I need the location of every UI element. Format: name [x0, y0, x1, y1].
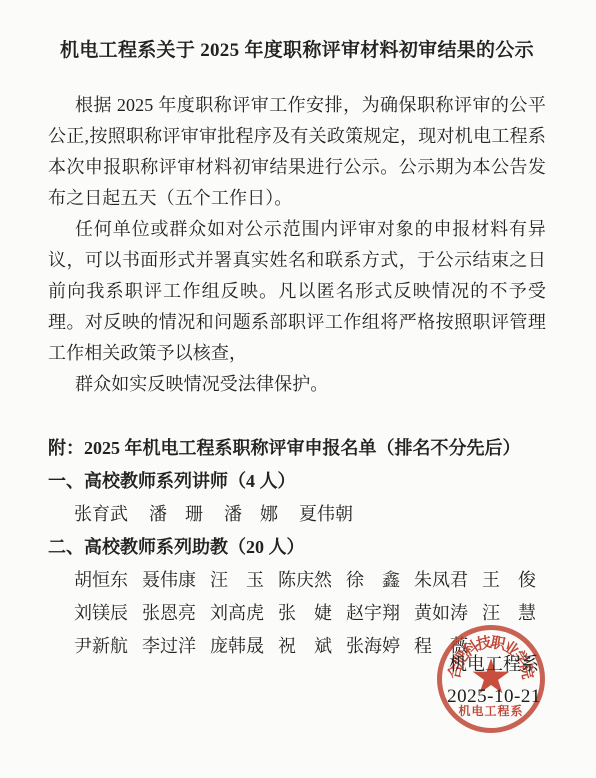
paragraph-protection: 群众如实反映情况受法律保护。	[48, 369, 546, 400]
document-title: 机电工程系关于 2025 年度职称评审材料初审结果的公示	[48, 38, 546, 64]
person-name: 尹新航	[74, 630, 128, 663]
lecturer-name-row: 张育武 潘 珊 潘 娜 夏伟朝	[48, 498, 546, 531]
person-name: 胡恒东	[74, 564, 128, 597]
person-name: 张 婕	[278, 597, 332, 630]
person-name: 刘镁辰	[74, 597, 128, 630]
signature-department: 机电工程系	[428, 654, 560, 674]
person-name: 祝 斌	[278, 630, 332, 663]
signature-date: 2025-10-21	[428, 687, 560, 707]
assistant-name-row-2: 刘镁辰 张恩亮 刘高虎 张 婕 赵宇翔 黄如涛 汪 慧	[48, 597, 546, 630]
person-name: 黄如涛	[414, 597, 468, 630]
person-name: 夏伟朝	[299, 498, 353, 531]
assistant-name-row-1: 胡恒东 聂伟康 汪 玉 陈庆然 徐 鑫 朱凤君 王 俊	[48, 564, 546, 597]
section-heading-lecturer: 一、高校教师系列讲师（4 人）	[48, 465, 546, 498]
section-heading-assistant: 二、高校教师系列助教（20 人）	[48, 531, 546, 564]
person-name: 张育武	[74, 498, 128, 531]
paragraph-objection: 任何单位或群众如对公示范围内评审对象的申报材料有异议，可以书面形式并署真实姓名和…	[48, 214, 546, 369]
paragraph-intro: 根据 2025 年度职称评审工作安排，为确保职称评审的公平公正,按照职称评审审批…	[48, 90, 546, 214]
person-name: 潘 娜	[224, 498, 278, 531]
person-name: 潘 珊	[149, 498, 203, 531]
person-name: 庞韩晟	[210, 630, 264, 663]
person-name: 李过洋	[142, 630, 196, 663]
person-name: 徐 鑫	[346, 564, 400, 597]
person-name: 张恩亮	[142, 597, 196, 630]
person-name: 刘高虎	[210, 597, 264, 630]
attachment-heading: 附：2025 年机电工程系职称评审申报名单（排名不分先后）	[48, 432, 546, 465]
person-name: 朱凤君	[414, 564, 468, 597]
person-name: 赵宇翔	[346, 597, 400, 630]
person-name: 聂伟康	[142, 564, 196, 597]
person-name: 汪 玉	[210, 564, 264, 597]
person-name: 陈庆然	[278, 564, 332, 597]
signature-block: 机电工程系 2025-10-21	[428, 654, 560, 707]
person-name: 张海婷	[346, 630, 400, 663]
person-name: 王 俊	[482, 564, 536, 597]
